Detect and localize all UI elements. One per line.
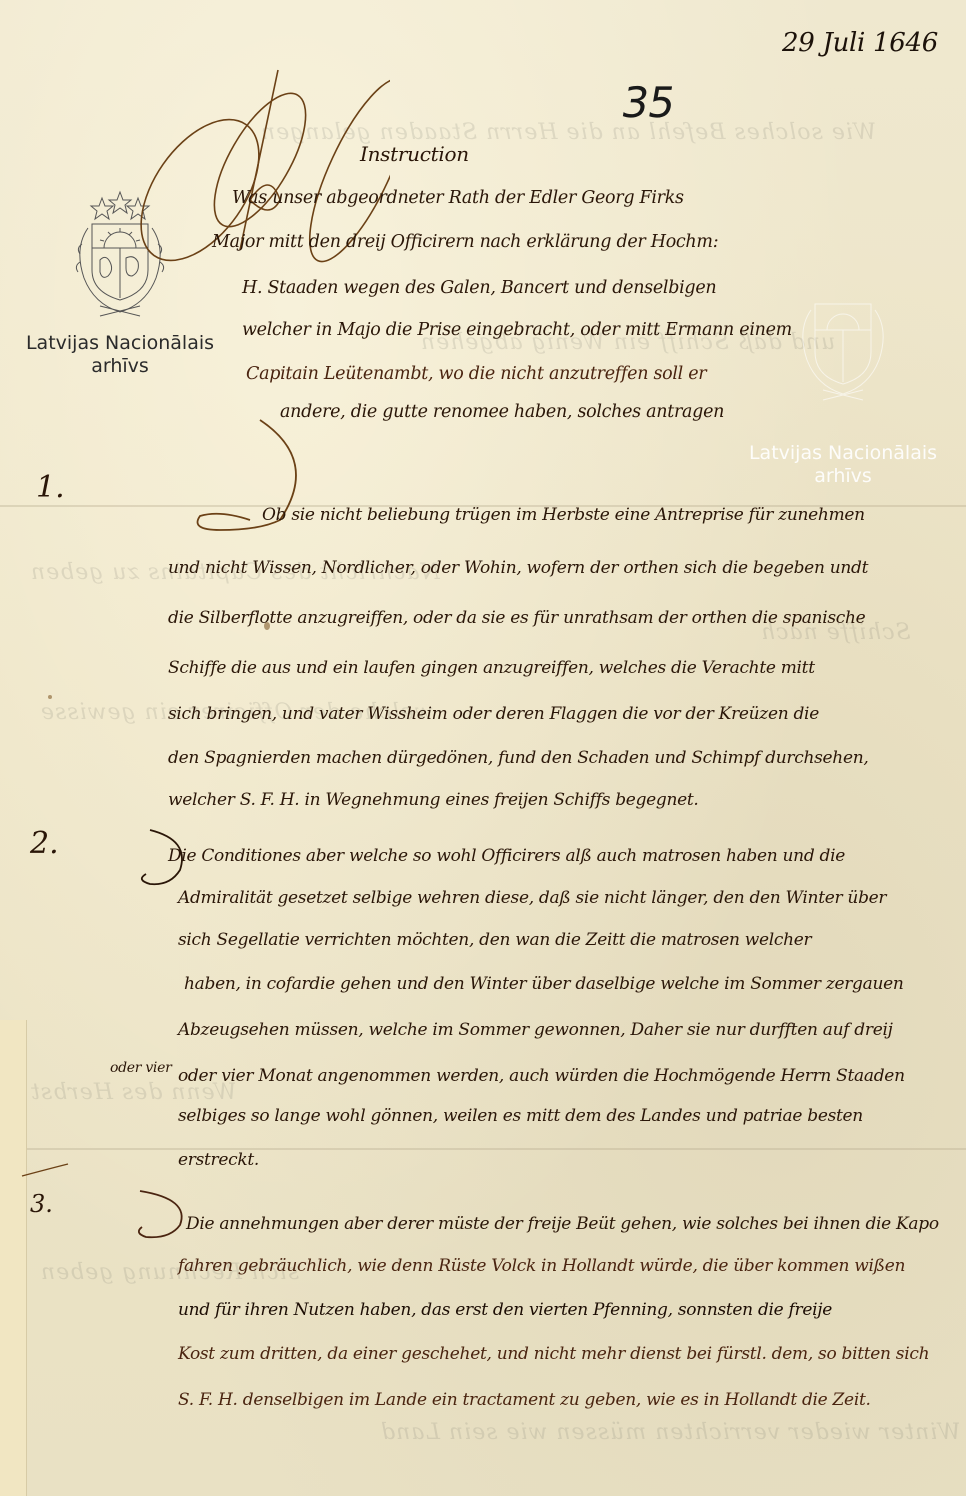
paragraph-line: Abzeugsehen müssen, welche im Sommer gew… (178, 1020, 893, 1040)
paragraph-number: 1. (36, 470, 65, 505)
paragraph-line: und für ihren Nutzen haben, das erst den… (178, 1300, 832, 1320)
paper-fold (0, 1148, 966, 1150)
manuscript-page: Wie solches Befehl an die Herrn Staaden … (0, 0, 966, 1496)
document-title: Instruction (360, 142, 469, 166)
margin-stroke-icon (0, 1160, 80, 1180)
paragraph-number: 2. (30, 826, 59, 861)
date-annotation: 29 Juli 1646 (782, 28, 938, 58)
folio-number: 35 (618, 78, 679, 127)
paragraph-line: S. F. H. denselbigen im Lande ein tracta… (178, 1390, 871, 1410)
latvian-coat-of-arms-icon (783, 290, 903, 420)
paragraph-line: fahren gebräuchlich, wie denn Rüste Volc… (178, 1256, 905, 1276)
heading-line: H. Staaden wegen des Galen, Bancert und … (242, 278, 716, 298)
heading-line: welcher in Majo die Prise eingebracht, o… (242, 320, 792, 340)
heading-line: Was unser abgeordneter Rath der Edler Ge… (232, 188, 684, 208)
paragraph-number: 3. (30, 1190, 53, 1218)
paragraph-line: die Silberflotte anzugreiffen, oder da s… (168, 608, 865, 628)
paper-edge-strip (0, 1020, 27, 1496)
paragraph-line: Kost zum dritten, da einer geschehet, un… (178, 1344, 929, 1364)
archive-name-line2: arhīvs (0, 355, 240, 378)
bleed-through-text: ob Winter wieder verrichten müssen wie s… (380, 1420, 966, 1445)
paragraph-line: Schiffe die aus und ein laufen gingen an… (168, 658, 815, 678)
heading-line: Capitain Leütenambt, wo die nicht anzutr… (246, 364, 706, 384)
paragraph-line: Admiralität gesetzet selbige wehren dies… (178, 888, 886, 908)
paragraph-line: selbiges so lange wohl gönnen, weilen es… (178, 1106, 863, 1126)
archive-name-line1: Latvijas Nacionālais (720, 442, 966, 465)
margin-note: oder vier (110, 1060, 171, 1076)
archive-name-line2: arhīvs (720, 465, 966, 488)
paragraph-line: Die Conditiones aber welche so wohl Offi… (168, 846, 845, 866)
paragraph-line: den Spagnierden machen dürgedönen, fund … (168, 748, 868, 768)
paragraph-line: sich bringen, und vater Wissheim oder de… (168, 704, 819, 724)
paragraph-line: Die annehmungen aber derer müste der fre… (186, 1214, 939, 1234)
paragraph-line: sich Segellatie verrichten möchten, den … (178, 930, 811, 950)
paragraph-line: haben, in cofardie gehen und den Winter … (184, 974, 904, 994)
paragraph-line: oder vier Monat angenommen werden, auch … (178, 1066, 905, 1086)
paragraph-line: erstreckt. (178, 1150, 259, 1170)
paragraph-line: Ob sie nicht beliebung trügen im Herbste… (262, 505, 865, 525)
heading-line: Major mitt den dreij Officirern nach erk… (212, 232, 718, 252)
ink-stain (48, 695, 52, 699)
paragraph-line: und nicht Wissen, Nordlicher, oder Wohin… (168, 558, 868, 578)
heading-line: andere, die gutte renomee haben, solches… (280, 402, 724, 422)
archive-name-line1: Latvijas Nacionālais (0, 332, 240, 355)
paragraph-line: welcher S. F. H. in Wegnehmung eines fre… (168, 790, 699, 810)
